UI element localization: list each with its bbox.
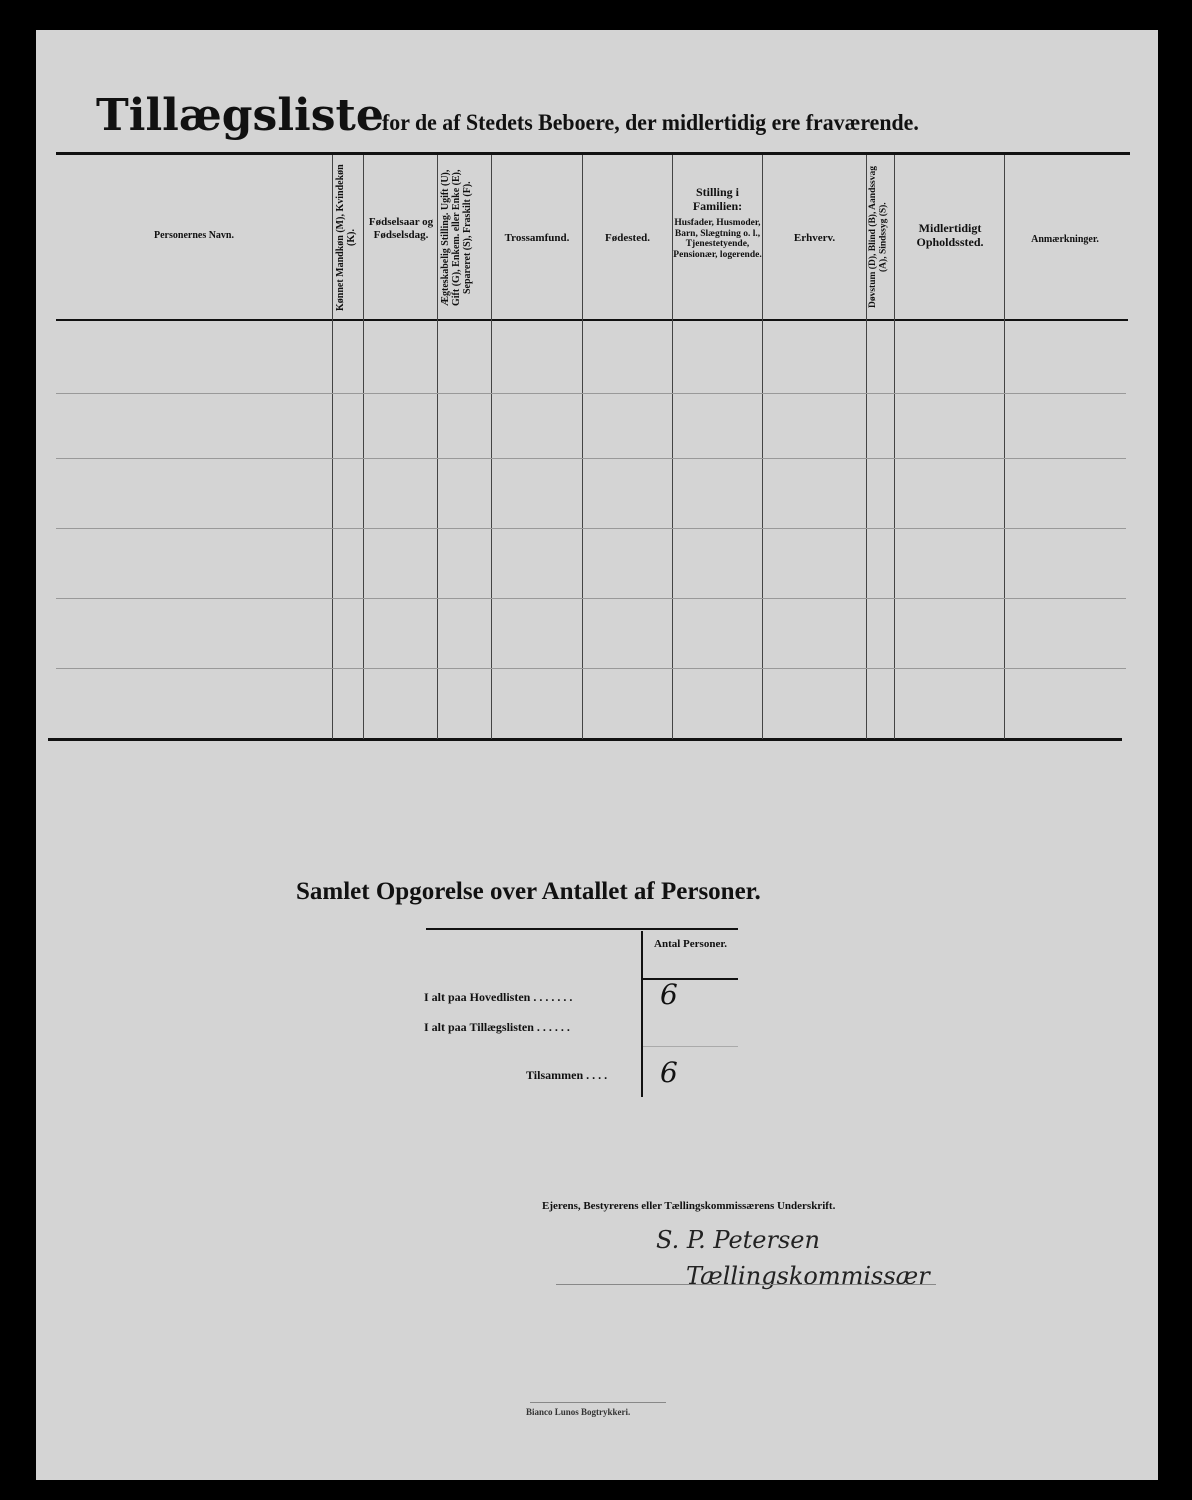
- top-rule: [56, 152, 1130, 155]
- family-position-detail: Husfader, Husmoder, Barn, Slægtning o. l…: [673, 218, 762, 262]
- header-bottom-rule: [56, 319, 1128, 321]
- col-divider: [894, 155, 895, 739]
- summary-divider: [641, 931, 643, 1097]
- form-subtitle-text: for de af Stedets Beboere, der midlertid…: [382, 110, 800, 135]
- summary-row-rule: [643, 1046, 738, 1047]
- col-header-birth: Fødselsaar og Fødselsdag.: [366, 216, 436, 241]
- summary-label-total: Tilsammen . . . .: [526, 1068, 607, 1083]
- summary-label-supplement-list: I alt paa Tillægslisten . . . . . .: [424, 1020, 570, 1035]
- form-title: Tillægsliste: [96, 90, 384, 141]
- row-divider: [56, 668, 1126, 669]
- table-bottom-rule: [48, 738, 1122, 741]
- printer-rule: [530, 1402, 666, 1403]
- col-divider: [363, 155, 364, 739]
- col-header-remarks: Anmærkninger.: [1005, 234, 1125, 246]
- form-subtitle-emphasis: fraværende.: [806, 110, 919, 135]
- census-form-page: Tillægsliste for de af Stedets Beboere, …: [36, 30, 1158, 1480]
- summary-title: Samlet Opgorelse over Antallet af Person…: [296, 878, 761, 906]
- signature-label: Ejerens, Bestyrerens eller Tællingskommi…: [542, 1200, 835, 1212]
- summary-label-main-list: I alt paa Hovedlisten . . . . . . .: [424, 990, 572, 1005]
- col-divider: [332, 155, 333, 739]
- row-divider: [56, 458, 1126, 459]
- summary-header-rule: [643, 978, 738, 980]
- signature-name: S. P. Petersen: [656, 1226, 820, 1254]
- col-header-name: Personernes Navn.: [56, 230, 332, 242]
- summary-value-total: 6: [660, 1056, 678, 1089]
- col-divider: [866, 155, 867, 739]
- row-divider: [56, 393, 1126, 394]
- col-header-gender: Kønnet Mandkøn (M), Kvindekøn (K).: [335, 162, 361, 314]
- signature-role: Tællingskommissær: [686, 1262, 930, 1290]
- col-header-birthplace: Fødested.: [583, 232, 672, 245]
- signature-line: [556, 1284, 936, 1285]
- summary-value-main-list: 6: [660, 978, 678, 1011]
- col-header-temp-residence: Midlertidigt Opholdssted.: [896, 222, 1004, 250]
- summary-top-rule: [426, 928, 738, 930]
- col-header-occupation: Erhverv.: [763, 232, 866, 245]
- summary-col-header: Antal Personer.: [643, 938, 738, 951]
- row-divider: [56, 598, 1126, 599]
- col-header-family-position: Stilling i Familien: Husfader, Husmoder,…: [673, 186, 762, 261]
- form-subtitle: for de af Stedets Beboere, der midlertid…: [382, 110, 919, 136]
- printer-imprint: Bianco Lunos Bogtrykkeri.: [526, 1407, 630, 1417]
- col-header-marital: Ægteskabelig Stilling. Ugift (U), Gift (…: [440, 160, 490, 315]
- col-header-religion: Trossamfund.: [492, 232, 582, 245]
- col-header-disability: Døvstum (D), Blind (B), Aandssvag (A), S…: [868, 160, 894, 315]
- family-position-title: Stilling i Familien:: [673, 186, 762, 214]
- col-divider: [437, 155, 438, 739]
- row-divider: [56, 528, 1126, 529]
